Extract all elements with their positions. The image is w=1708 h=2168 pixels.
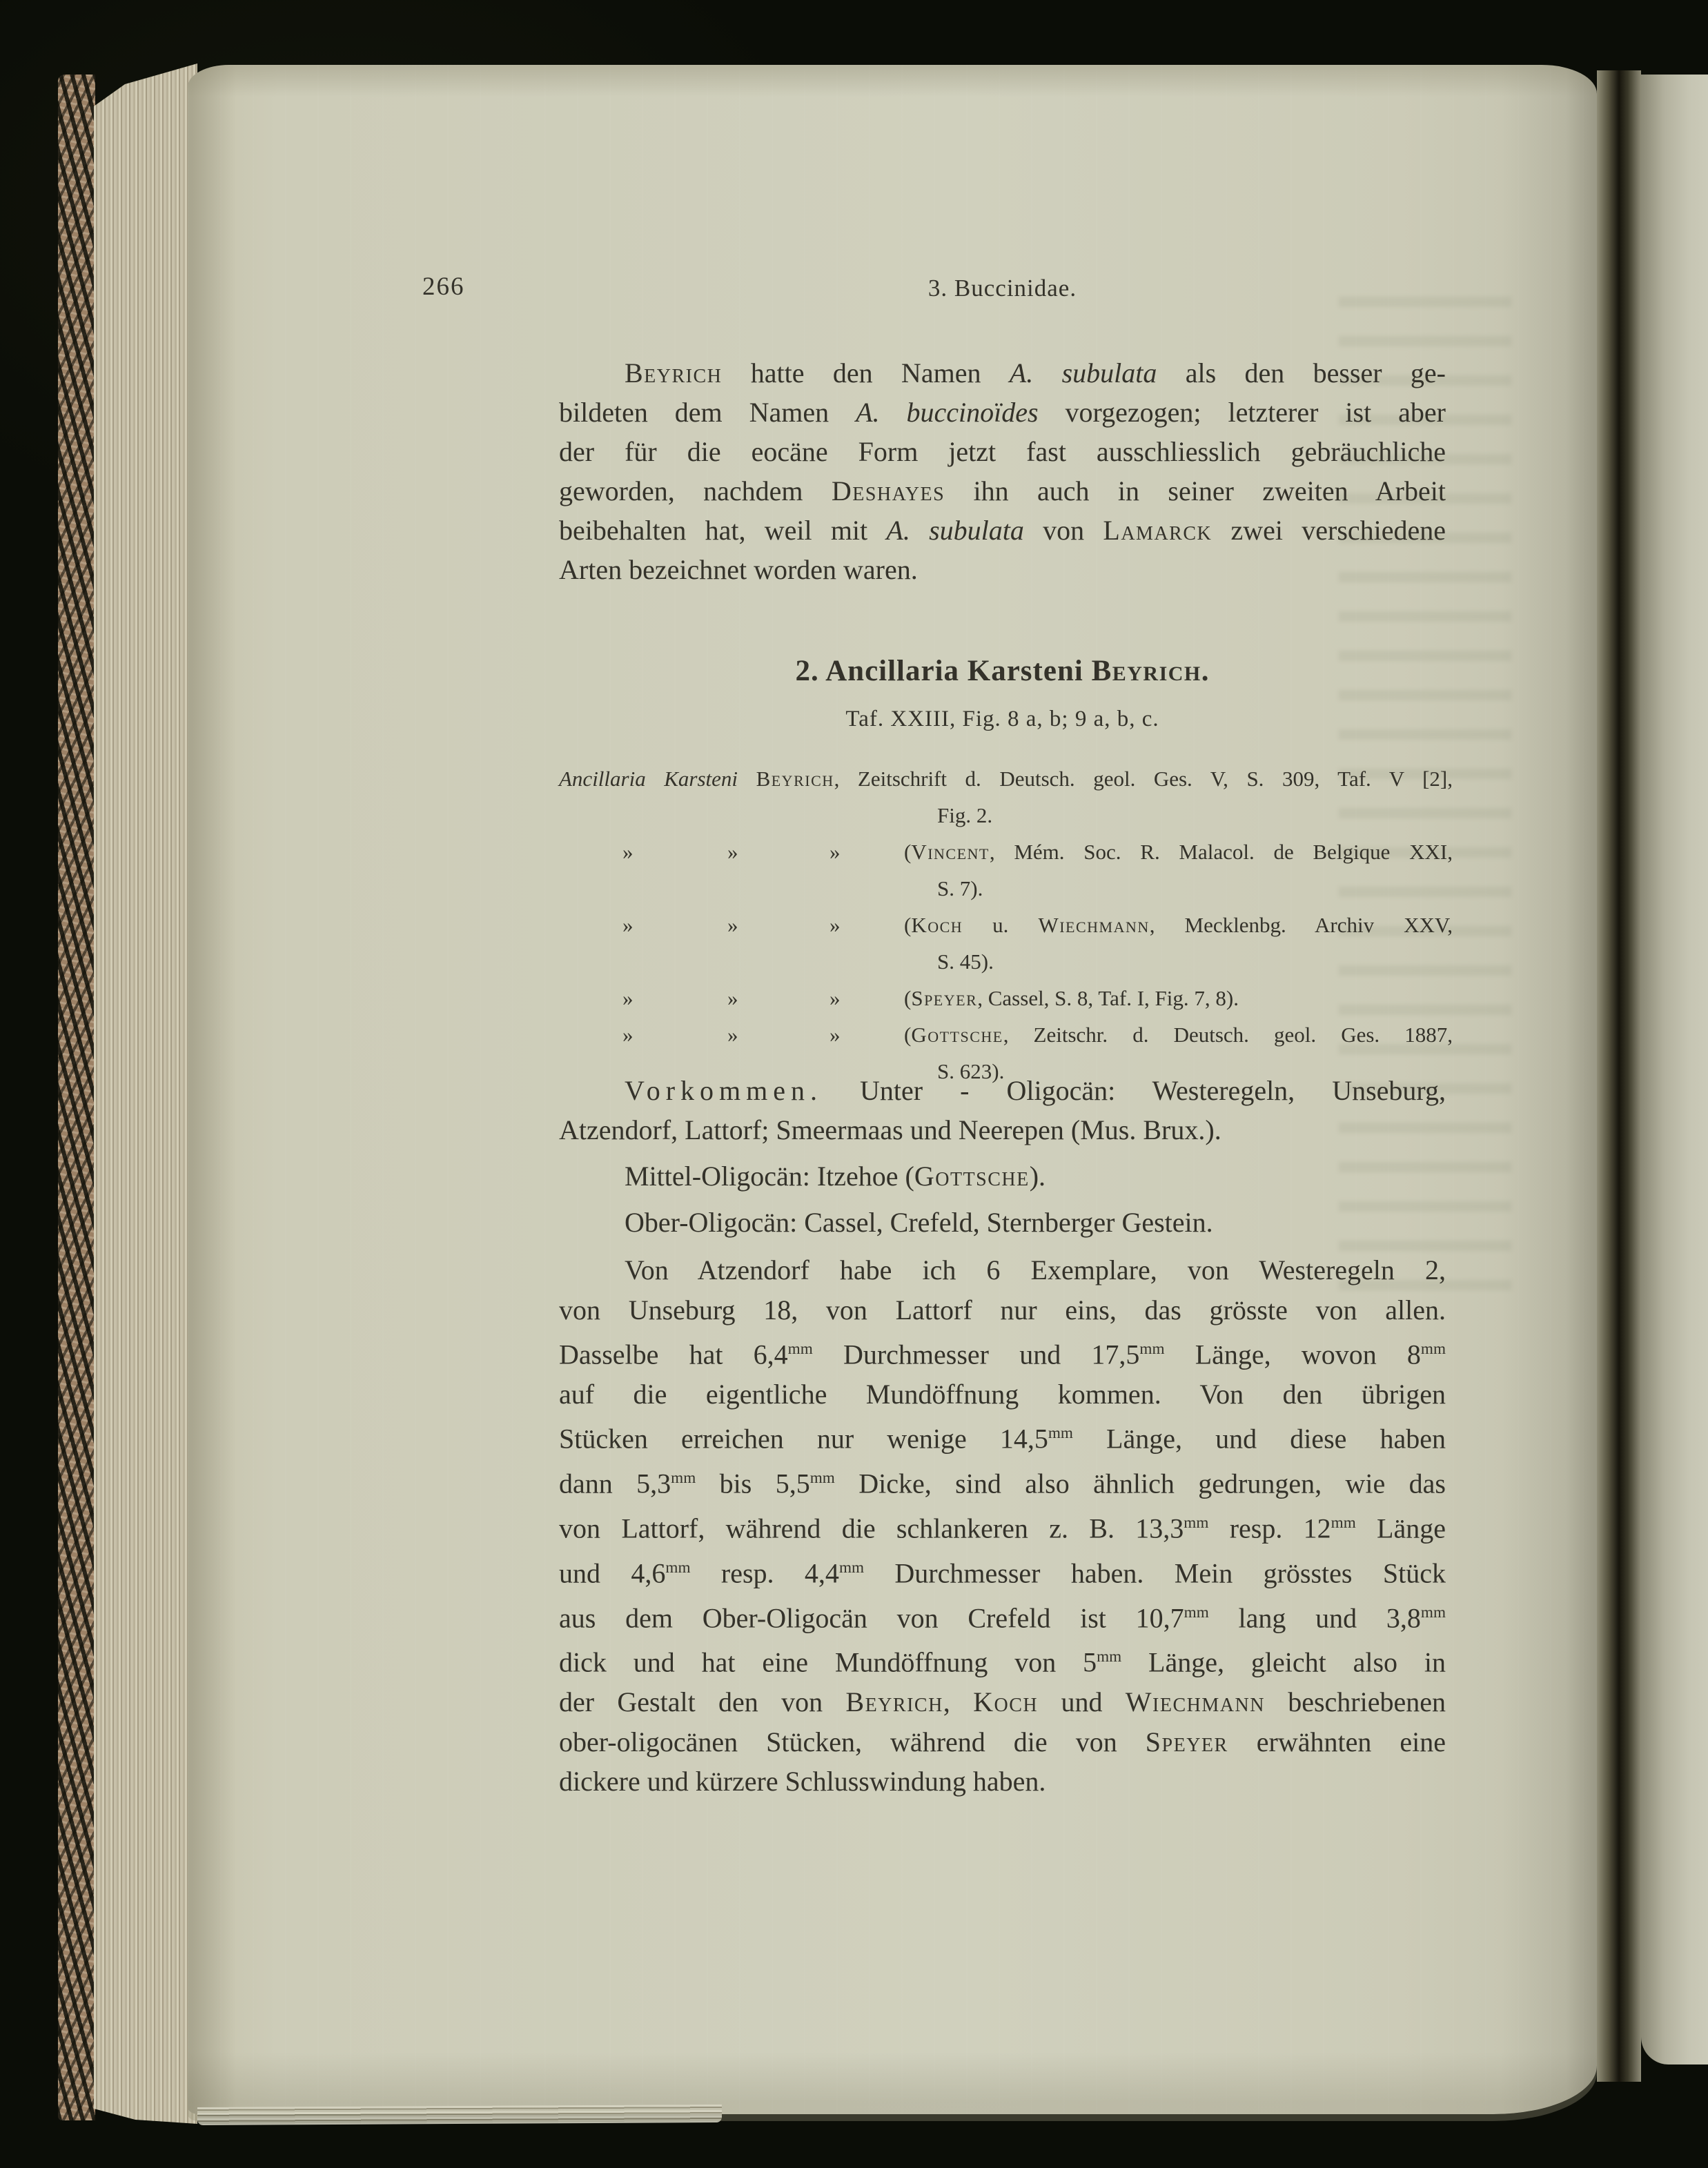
page-edge-stack xyxy=(94,63,197,2127)
synonymy-row: » » » (Vincent, Mém. Soc. R. Malacol. de… xyxy=(559,834,1453,870)
synonymy-continuation: Fig. 2. xyxy=(937,797,1453,834)
text-line: geworden, nachdem Deshayes ihn auch in s… xyxy=(559,471,1446,511)
page-number: 266 xyxy=(422,272,465,302)
text-line: Arten bezeichnet worden waren. xyxy=(559,550,1446,589)
intro-paragraph: Beyrich hatte den Namen A. subulata als … xyxy=(559,353,1446,589)
ditto-mark: » xyxy=(830,834,841,870)
text-line: dick und hat eine Mundöffnung von 5mm Lä… xyxy=(559,1637,1446,1682)
synonymy-reference: (Speyer, Cassel, S. 8, Taf. I, Fig. 7, 8… xyxy=(904,980,1453,1016)
text-line: beibehalten hat, weil mit A. subulata vo… xyxy=(559,511,1446,550)
synonymy-reference: (Gottsche, Zeitschr. d. Deutsch. geol. G… xyxy=(904,1016,1453,1053)
facing-page-sliver xyxy=(1641,75,1708,2064)
ditto-mark: » xyxy=(727,907,738,943)
text-line: ober-oligocänen Stücken, während die von… xyxy=(559,1722,1446,1762)
synonymy-row: » » » (Koch u. Wiechmann, Mecklenbg. Arc… xyxy=(559,907,1453,943)
text-line: Atzendorf, Lattorf; Smeermaas und Neerep… xyxy=(559,1110,1446,1150)
description-paragraph: Von Atzendorf habe ich 6 Exemplare, von … xyxy=(559,1250,1446,1802)
synonymy-reference: (Vincent, Mém. Soc. R. Malacol. de Belgi… xyxy=(904,834,1453,870)
book-scan-photo: { "scan": { "page_number": "266", "runni… xyxy=(0,0,1708,2168)
text-line: der für die eocäne Form jetzt fast aussc… xyxy=(559,432,1446,471)
synonymy-row: » » » (Speyer, Cassel, S. 8, Taf. I, Fig… xyxy=(559,980,1453,1016)
synonymy-row: » » » (Gottsche, Zeitschr. d. Deutsch. g… xyxy=(559,1016,1453,1053)
ditto-mark: » xyxy=(830,1016,841,1053)
book-gutter-shadow xyxy=(1597,70,1641,2082)
ditto-mark: » xyxy=(727,1016,738,1053)
occurrence-section: Vorkommen. Unter - Oligocän: Westeregeln… xyxy=(559,1071,1446,1242)
text-line: und 4,6mm resp. 4,4mm Durchmesser haben.… xyxy=(559,1548,1446,1593)
text-line: auf die eigentliche Mundöffnung kommen. … xyxy=(559,1374,1446,1415)
text-line: dickere und kürzere Schlusswindung haben… xyxy=(559,1762,1446,1802)
text-line: bildeten dem Namen A. buccinoïdes vorgez… xyxy=(559,393,1446,432)
text-line: von Unseburg 18, von Lattorf nur eins, d… xyxy=(559,1290,1446,1330)
text-line: von Lattorf, während die schlankeren z. … xyxy=(559,1504,1446,1548)
text-line: dann 5,3mm bis 5,5mm Dicke, sind also äh… xyxy=(559,1459,1446,1504)
bottom-page-edges xyxy=(197,2105,722,2125)
text-line: aus dem Ober-Oligocän von Crefeld ist 10… xyxy=(559,1593,1446,1638)
ditto-mark: » xyxy=(830,980,841,1016)
text-line: Beyrich hatte den Namen A. subulata als … xyxy=(559,353,1446,393)
text-line: Von Atzendorf habe ich 6 Exemplare, von … xyxy=(559,1250,1446,1290)
ditto-mark: » xyxy=(830,907,841,943)
synonymy-continuation: S. 7). xyxy=(937,870,1453,907)
text-line: Mittel-Oligocän: Itzehoe (Gottsche). xyxy=(559,1156,1446,1196)
ditto-mark: » xyxy=(622,907,634,943)
ditto-mark: » xyxy=(727,980,738,1016)
synonymy-reference: (Koch u. Wiechmann, Mecklenbg. Archiv XX… xyxy=(904,907,1453,943)
ditto-mark: » xyxy=(727,834,738,870)
synonymy-row: Ancillaria Karsteni Beyrich, Zeitschrift… xyxy=(559,760,1453,797)
plate-reference: Taf. XXIII, Fig. 8 a, b; 9 a, b, c. xyxy=(559,707,1446,732)
ditto-mark: » xyxy=(622,834,634,870)
species-heading: 2. Ancillaria Karsteni Beyrich. xyxy=(559,654,1446,688)
ditto-mark: » xyxy=(622,1016,634,1053)
text-line: der Gestalt den von Beyrich, Koch und Wi… xyxy=(559,1682,1446,1722)
text-line: Vorkommen. Unter - Oligocän: Westeregeln… xyxy=(559,1071,1446,1110)
running-header: 3. Buccinidae. xyxy=(559,275,1446,302)
synonymy-continuation: S. 45). xyxy=(937,943,1453,980)
ditto-mark: » xyxy=(622,980,634,1016)
text-line: Ober-Oligocän: Cassel, Crefeld, Sternber… xyxy=(559,1203,1446,1242)
text-line: Stücken erreichen nur wenige 14,5mm Läng… xyxy=(559,1414,1446,1459)
text-line: Dasselbe hat 6,4mm Durchmesser und 17,5m… xyxy=(559,1330,1446,1374)
book-cover-marbled-edge xyxy=(58,75,95,2120)
synonymy-list: Ancillaria Karsteni Beyrich, Zeitschrift… xyxy=(559,760,1453,1090)
